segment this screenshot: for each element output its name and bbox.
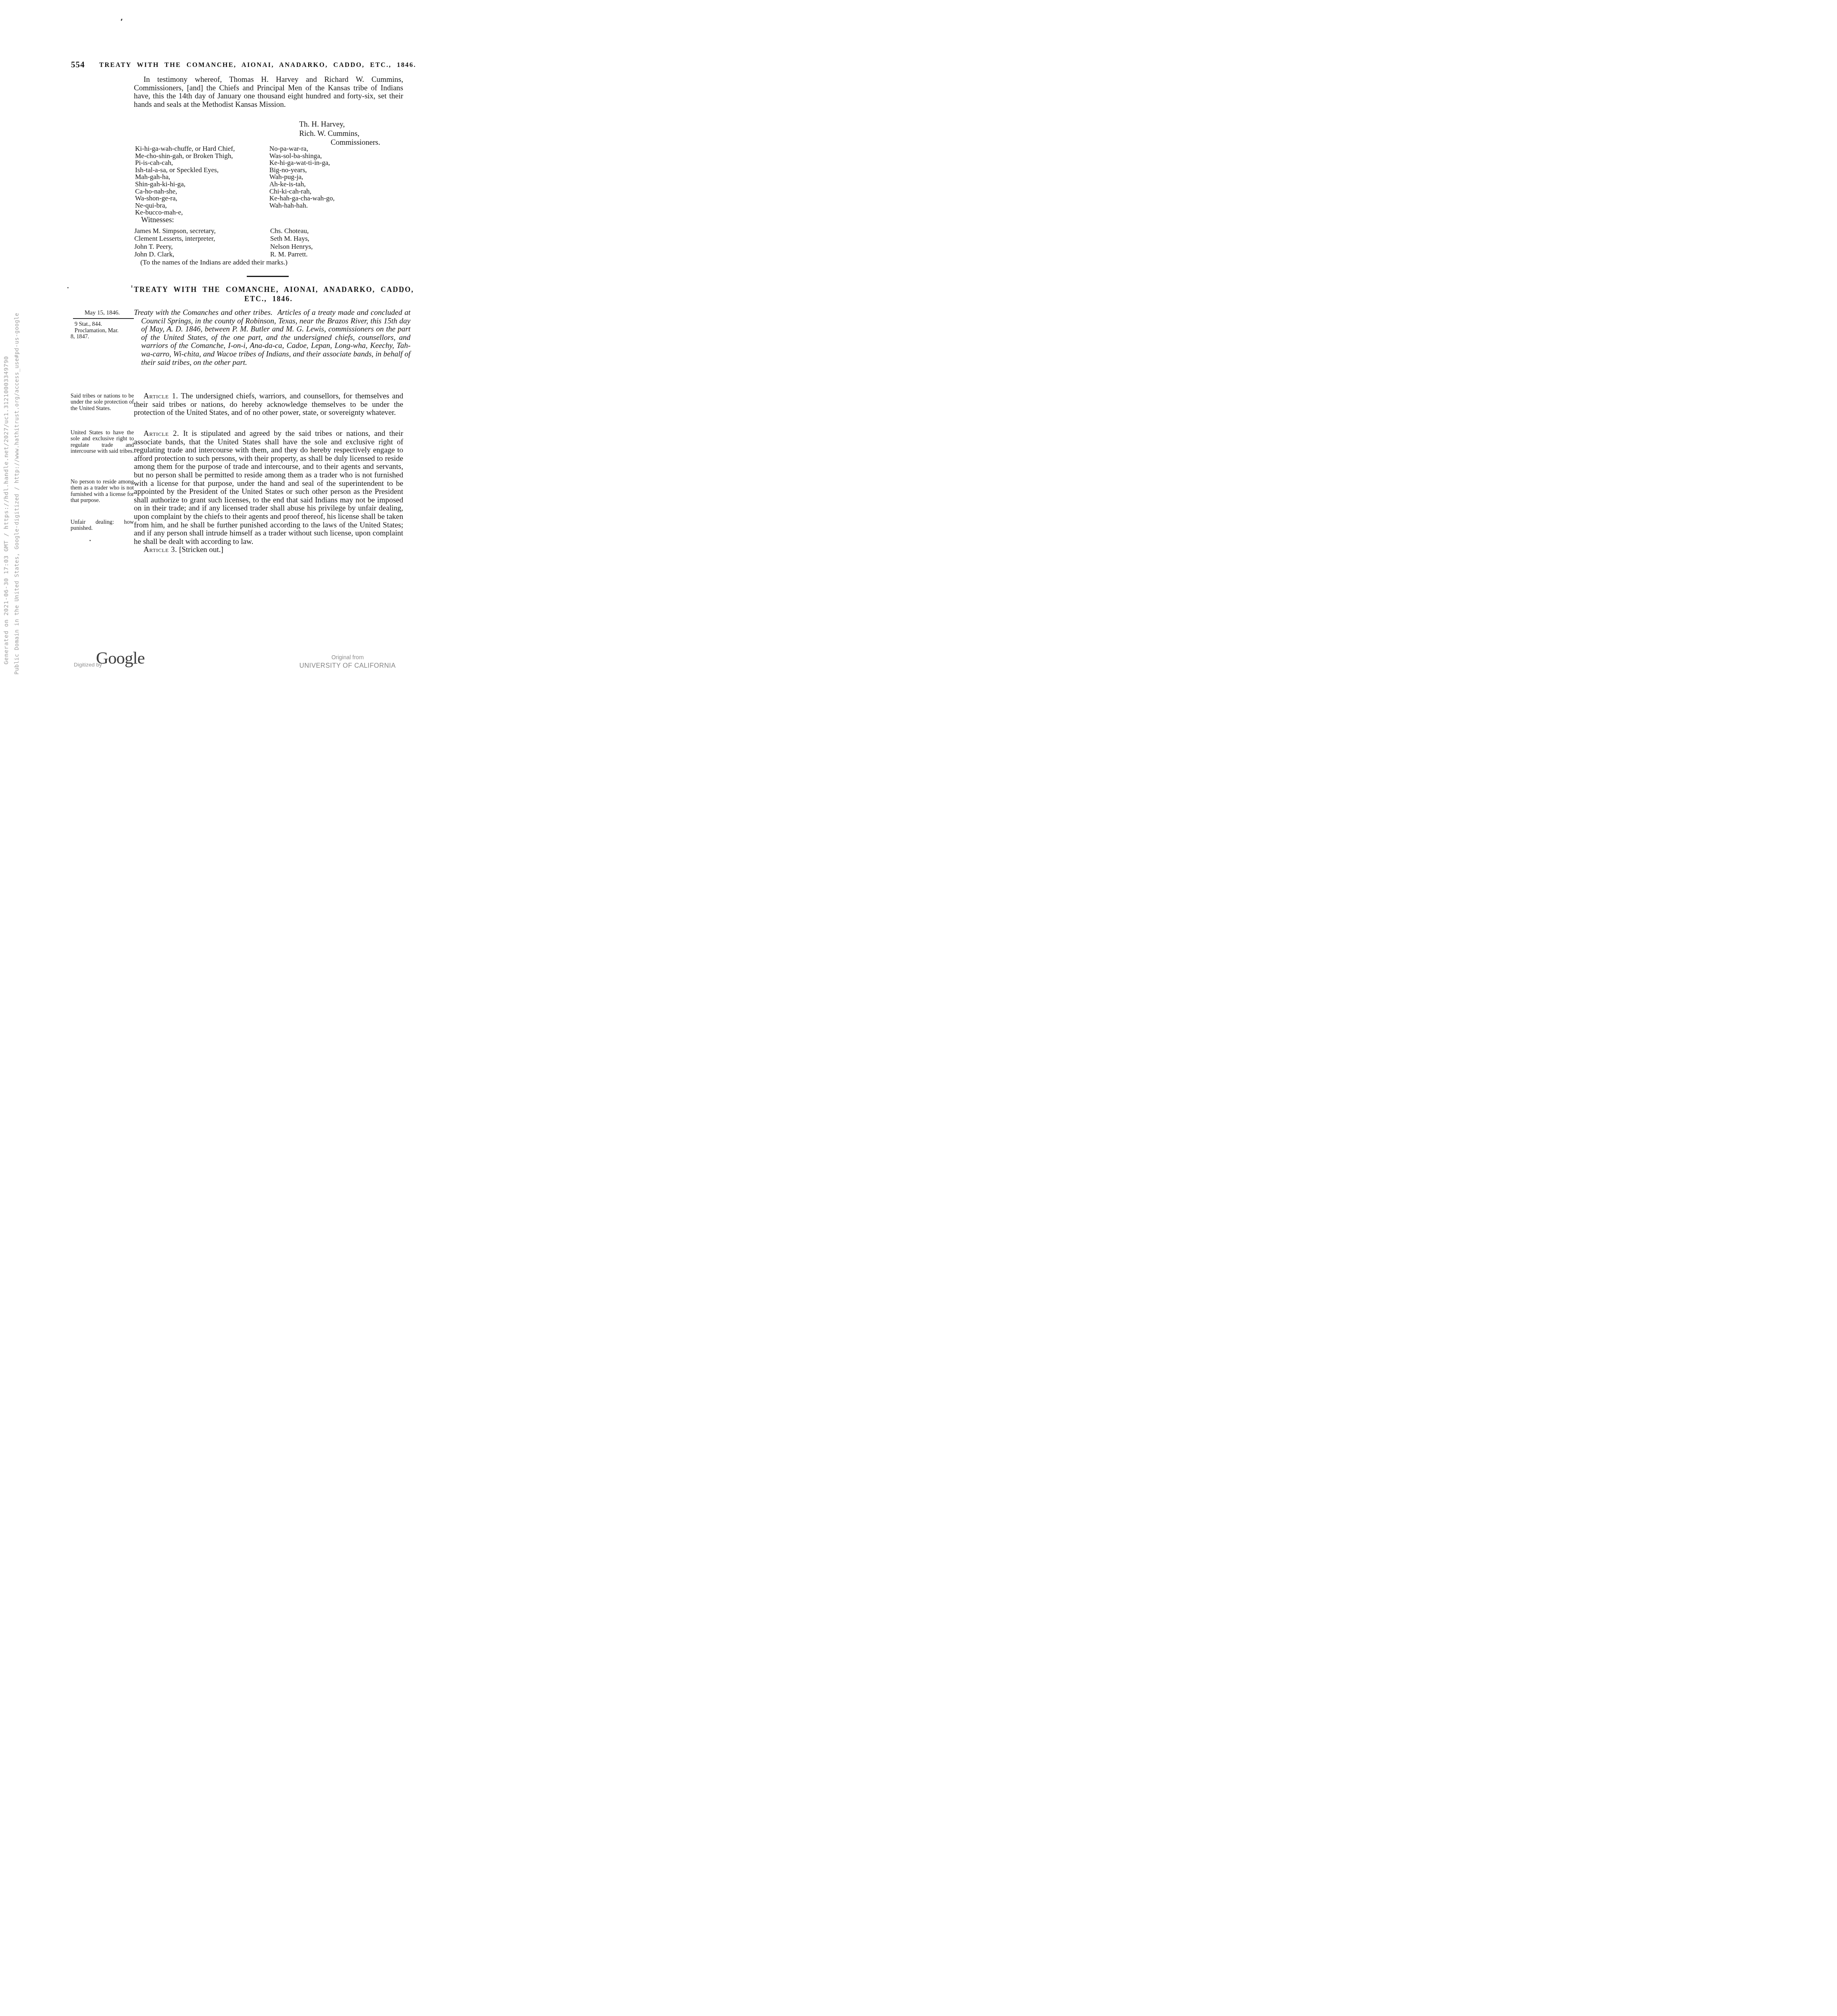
article-1-label: Article 1. (144, 392, 178, 400)
signatory-name: Big-no-years, (269, 167, 335, 174)
indian-signatures-right: No-pa-war-ra, Was-sol-ba-shinga, Ke-hi-g… (269, 145, 335, 209)
margin-note-no-unlicensed-trader: No person to reside among them as a trad… (71, 479, 134, 504)
witness-name: Seth M. Hays, (270, 235, 313, 242)
article-2: Article 2. It is stipulated and agreed b… (134, 430, 403, 546)
signature-harvey: Th. H. Harvey, (299, 120, 380, 129)
witnesses-heading: Witnesses: (141, 216, 174, 225)
signatory-name: Wah-hah-hah. (269, 202, 335, 209)
signatory-name: Me-cho-shin-gah, or Broken Thigh, (135, 152, 235, 160)
treaty-heading-line1: TREATY WITH THE COMANCHE, AIONAI, ANADAR… (134, 285, 403, 294)
google-logo: Google (96, 648, 145, 668)
signatories-title: Commissioners. (331, 138, 380, 148)
article-3-text: [Stricken out.] (179, 546, 223, 554)
scanned-page: 554 TREATY WITH THE COMANCHE, AIONAI, AN… (0, 0, 459, 675)
preamble-body: Articles of a treaty made and concluded … (141, 308, 410, 367)
signatory-name: Ke-hi-ga-wat-ti-in-ga, (269, 159, 335, 167)
indian-signatures-left: Ki-hi-ga-wah-chuffe, or Hard Chief, Me-c… (135, 145, 235, 216)
scan-speck (67, 287, 69, 288)
signatory-name: Pi-is-cah-cah, (135, 159, 235, 167)
statute-citation: 9 Stat., 844. (71, 321, 134, 328)
signatory-name: Wah-pug-ja, (269, 173, 335, 181)
section-divider-rule (247, 276, 289, 277)
scan-speck (402, 291, 403, 292)
scan-public-domain-notice: Public Domain in the United States, Goog… (14, 313, 20, 675)
witness-name: John T. Peery, (134, 243, 216, 250)
witness-name: R. M. Parrett. (270, 250, 313, 258)
margin-note-citation: 9 Stat., 844. Proclamation, Mar. 8, 1847… (71, 321, 134, 340)
preamble-lead: Treaty with the Comanches and other trib… (134, 308, 273, 317)
signatory-name: Ah-ke-is-tah, (269, 181, 335, 188)
signatory-name: Ne-qui-bra, (135, 202, 235, 209)
signatory-name: Wa-shon-ge-ra, (135, 195, 235, 202)
article-2-text: It is stipulated and agreed by the said … (134, 429, 403, 546)
scan-speck (121, 19, 123, 21)
article-3-label: Article 3. (144, 546, 177, 554)
signatory-name: Shin-gah-ki-hi-ga, (135, 181, 235, 188)
witness-name: Nelson Henrys, (270, 243, 313, 250)
signature-cummins: Rich. W. Cummins, (299, 129, 380, 139)
witness-name: Chs. Choteau, (270, 227, 313, 235)
proclamation-citation-line2: 8, 1847. (71, 334, 134, 340)
running-header: TREATY WITH THE COMANCHE, AIONAI, ANADAR… (99, 61, 394, 69)
article-1: Article 1. The undersigned chiefs, warri… (134, 392, 403, 417)
margin-note-protection: Said tribes or nations to be under the s… (71, 393, 134, 412)
signatory-name: Ish-tal-a-sa, or Speckled Eyes, (135, 167, 235, 174)
testimony-paragraph: In testimony whereof, Thomas H. Harvey a… (134, 76, 403, 109)
witnesses-left: James M. Simpson, secretary, Clement Les… (134, 227, 216, 258)
signatory-name: Ke-hah-ga-cha-wah-go, (269, 195, 335, 202)
proclamation-citation-line1: Proclamation, Mar. (71, 328, 134, 334)
treaty-heading-line2: ETC., 1846. (134, 295, 403, 303)
margin-note-unfair-dealing: Unfair dealing: how punished. (71, 519, 134, 532)
scan-generated-timestamp: Generated on 2021-06-30 17:03 GMT / http… (3, 356, 10, 664)
original-from-label: Original from (287, 654, 408, 660)
article-3: Article 3. [Stricken out.] (134, 546, 403, 554)
signatory-name: Was-sol-ba-shinga, (269, 152, 335, 160)
signatory-name: Ca-ho-nah-she, (135, 188, 235, 195)
article-2-label: Article 2. (144, 429, 179, 438)
signatory-name: Chi-ki-cah-rah, (269, 188, 335, 195)
signatory-name: Mah-gah-ha, (135, 173, 235, 181)
scan-speck (131, 285, 132, 288)
signatory-name: No-pa-war-ra, (269, 145, 335, 152)
margin-note-date: May 15, 1846. (71, 310, 134, 317)
margin-rule (73, 318, 134, 319)
articles-2-3: Article 2. It is stipulated and agreed b… (134, 430, 403, 554)
witness-name: Clement Lesserts, interpreter, (134, 235, 216, 242)
commissioner-signatures: Th. H. Harvey, Rich. W. Cummins, Commiss… (299, 120, 380, 148)
margin-note-trade-right: United States to have the sole and exclu… (71, 430, 134, 455)
witness-name: John D. Clark, (134, 250, 216, 258)
witness-name: James M. Simpson, secretary, (134, 227, 216, 235)
page-number: 554 (71, 60, 85, 70)
treaty-preamble: Treaty with the Comanches and other trib… (134, 309, 410, 367)
marks-note: (To the names of the Indians are added t… (140, 258, 287, 267)
provenance-block: Original from UNIVERSITY OF CALIFORNIA (287, 654, 408, 670)
institution-name: UNIVERSITY OF CALIFORNIA (290, 662, 406, 670)
signatory-name: Ke-bucco-mah-e, (135, 209, 235, 216)
witnesses-right: Chs. Choteau, Seth M. Hays, Nelson Henry… (270, 227, 313, 258)
scan-speck (90, 540, 91, 541)
signatory-name: Ki-hi-ga-wah-chuffe, or Hard Chief, (135, 145, 235, 152)
